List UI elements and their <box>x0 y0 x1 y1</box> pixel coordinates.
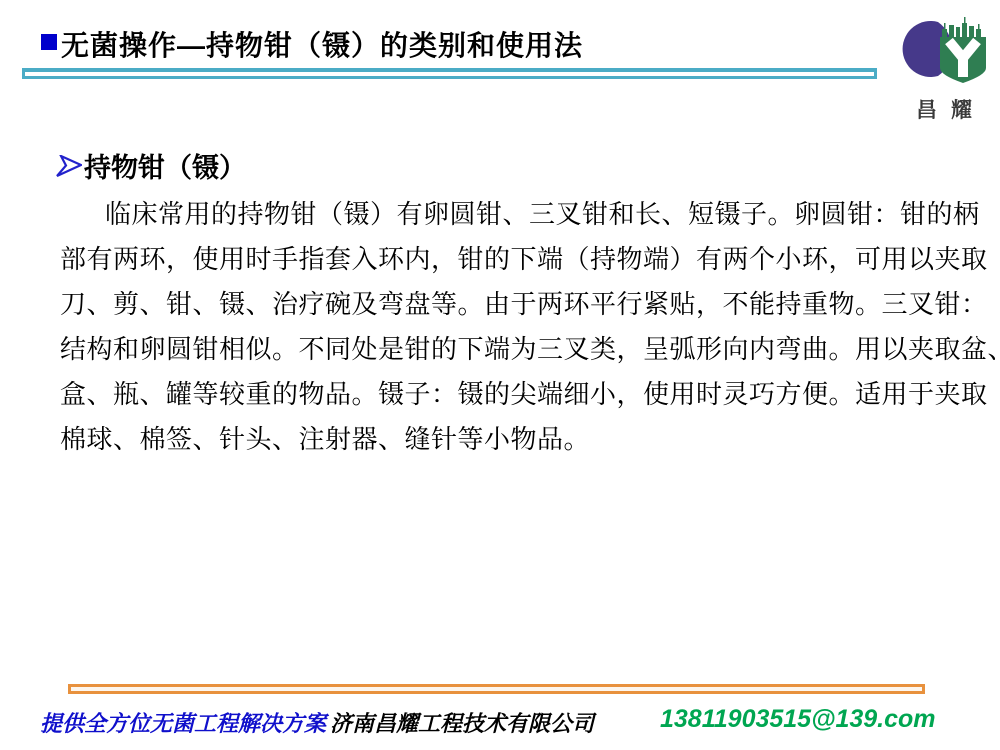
logo-text: 昌耀 <box>892 94 996 124</box>
footer-divider <box>68 684 925 694</box>
footer-email: 13811903515@139.com <box>660 705 936 734</box>
paragraph-line: 棉球、棉签、针头、注射器、缝针等小物品。 <box>60 417 972 462</box>
footer-company-name: 济南昌耀工程技术有限公司 <box>330 707 594 738</box>
paragraph-line: 刀、剪、钳、镊、治疗碗及弯盘等。由于两环平行紧贴，不能持重物。三叉钳： <box>60 282 972 327</box>
arrow-bullet-icon <box>56 155 82 179</box>
body-paragraph: 临床常用的持物钳（镊）有卵圆钳、三叉钳和长、短镊子。卵圆钳：钳的柄 部有两环，使… <box>60 192 972 462</box>
section-heading: 持物钳（镊） <box>56 146 246 185</box>
company-logo: 昌耀 <box>892 12 996 120</box>
footer-slogan: 提供全方位无菌工程解决方案 <box>40 707 326 738</box>
slide: 无菌操作—持物钳（镊）的类别和使用法 昌耀 持物钳（ <box>0 0 1000 750</box>
paragraph-line: 结构和卵圆钳相似。不同处是钳的下端为三叉类，呈弧形向内弯曲。用以夹取盆、 <box>60 327 972 372</box>
paragraph-line: 盒、瓶、罐等较重的物品。镊子：镊的尖端细小，使用时灵巧方便。适用于夹取 <box>60 372 972 417</box>
paragraph-line: 临床常用的持物钳（镊）有卵圆钳、三叉钳和长、短镊子。卵圆钳：钳的柄 <box>60 192 972 237</box>
paragraph-line: 部有两环，使用时手指套入环内，钳的下端（持物端）有两个小环，可用以夹取 <box>60 237 972 282</box>
cy-logo-icon <box>894 12 994 92</box>
section-heading-label: 持物钳（镊） <box>84 146 246 185</box>
page-title: 无菌操作—持物钳（镊）的类别和使用法 <box>61 24 583 64</box>
title-square-bullet-icon <box>41 34 57 50</box>
header-divider <box>22 68 877 79</box>
